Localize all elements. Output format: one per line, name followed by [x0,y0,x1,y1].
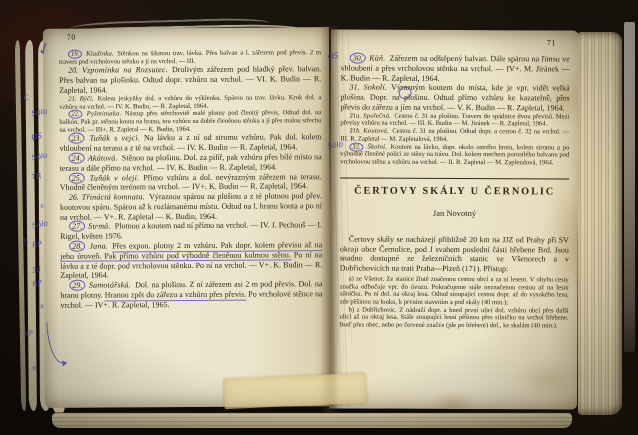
page-left-content: 70 19. Kladinka. Stěnkou na šikmou trav.… [59,49,323,398]
ink-circled-route-number: 32. [349,142,363,151]
ink-edge-mark: S [23,238,29,247]
page-right-71: 71 OS30. Kůň. Zářezem na odštěpený balva… [329,29,579,409]
ink-edge-mark: x [31,364,37,373]
route-entry-20: 20. Vzpomínka na Rozsutec. Drolivým záře… [59,65,321,96]
route-entry-31: 31. Sokolí. Výrazným koutem do místa, kd… [340,83,569,113]
ink-edge-mark: RP [23,329,34,339]
route-name: Tuňák v oleji. [86,173,144,182]
section-intro: Čertovy skály se nacházejí přibližně 20 … [340,234,569,274]
ink-arrow [46,320,65,364]
route-list-left: 19. Kladinka. Stěnkou na šikmou trav. lá… [59,49,323,310]
route-number: 31b. [349,128,361,135]
page-left-70: 70 19. Kladinka. Stěnkou na šikmou trav.… [43,27,331,408]
route-entry-31b: 31b. Koutová. Cestou č. 31 na plošinu. O… [340,128,569,144]
route-number: 26. [69,193,79,202]
gutter-shadow [320,26,340,413]
route-name: Společná. [361,112,394,119]
route-entry-27: Sólo27. Strmá. Plotnou a koutem nad ní p… [60,221,322,242]
route-entry-19: 19. Kladinka. Stěnkou na šikmou trav. lá… [59,49,321,66]
route-entry-22: Sólo22. Pyžminutka. Nástup přes střechov… [59,109,321,134]
ink-edge-mark: 3d [31,265,42,275]
route-number: 20. [68,66,78,75]
route-entry-25: TR25. Tuňák v oleji. Přímo vzhůru a dol.… [60,172,322,193]
route-name: Třináctá komnata. [79,192,149,201]
route-entry-24: Sólo24. Akátová. Stěnou na plošinu. Dol.… [60,152,322,173]
handwritten-note: Sólo [31,150,49,163]
route-entry-28: RP28. Jana. Přes expon. plotny 2 m vzhůr… [60,240,322,281]
page-number-right: 71 [547,38,556,47]
background-wall-strip [624,22,635,352]
ink-circled-route-number: 28. [69,241,85,252]
route-entry-30: OS30. Kůň. Zářezem na odštěpený balvan. … [341,54,570,84]
route-name: Býčí. [77,95,98,102]
ink-underline: Hranou zpět do zářezu a vzhůru přes přev… [105,290,246,301]
page-edge-stack-right [578,32,622,415]
route-description: Kolem jeskyňky dol. a vzhůru do výklenku… [59,94,321,110]
ink-circled-route-number: 27. [69,221,85,232]
handwritten-note: TR [31,171,42,182]
route-name: Tuňák s vejci. [85,134,144,143]
section-title: ČERTOVY SKÁLY U ČERNOLIC [340,185,569,197]
route-name: Koutová. [361,128,392,135]
ink-circled-route-number: 25. [69,172,85,183]
route-name: Pyžminutka. [84,111,125,118]
ink-edge-mark: C [23,94,30,103]
route-name: Akátová. [86,153,122,162]
ink-circled-route-number: 24. [69,153,85,164]
ink-circled-route-number: 29. [69,280,85,291]
access-paragraph-b: b) z Dobřichovic. Z nádraží dopr. a hned… [340,306,569,330]
route-name: Kladinka. [83,50,117,57]
route-entry-31a: 31a. Společná. Cestou č. 31 na plošinu. … [340,112,569,128]
route-name: Školní. [365,143,391,150]
page-number-left: 70 [67,33,76,42]
route-entry-23: OS23. Tuňák s vejci. Na lávku a z ní od … [59,132,321,153]
handwritten-note: Sólo [31,108,48,118]
access-paragraph-a: a) ze Všenor. Ze stanice žlutě značenou … [340,275,569,307]
page-edge-stack-bottom [52,413,572,428]
section-author: Jan Novotný [340,207,569,218]
route-name: Vzpomínka na Rozsutec. [78,65,172,75]
page-right-content: 71 OS30. Kůň. Zářezem na odštěpený balva… [339,54,570,400]
route-entry-26: 26. Třináctá komnata. Výraznou spárou na… [60,191,322,222]
tape-repair [223,373,366,409]
ink-circled-route-number: 23. [68,133,84,144]
route-name: Sokolí. [360,83,392,92]
handwritten-note: RP [31,239,42,250]
route-name: Strmá. [86,222,115,231]
route-name: Jana. [86,242,112,251]
route-name: Kůň. [367,54,390,63]
ink-circled-route-number: 30. [350,53,366,64]
book-photo: C|xS3dxRPx 70 19. Kladinka. Stěnkou na š… [0,0,638,435]
route-number: 31a. [349,112,361,119]
handwritten-note: RP [32,278,43,289]
ink-flourish [39,45,53,59]
route-entry-32: Sólo32. Školní. Koutem na lávku, dopr. o… [340,143,569,167]
route-name: Samotářská. [86,281,135,290]
handwritten-note: Sólo [31,219,49,232]
route-list-right: OS30. Kůň. Zářezem na odštěpený balvan. … [340,54,569,168]
route-entry-29: RP29. Samotářská. Dol. na plošinu. Z ní … [60,279,322,310]
route-number: 31. [350,83,360,92]
section-divider [340,177,569,179]
